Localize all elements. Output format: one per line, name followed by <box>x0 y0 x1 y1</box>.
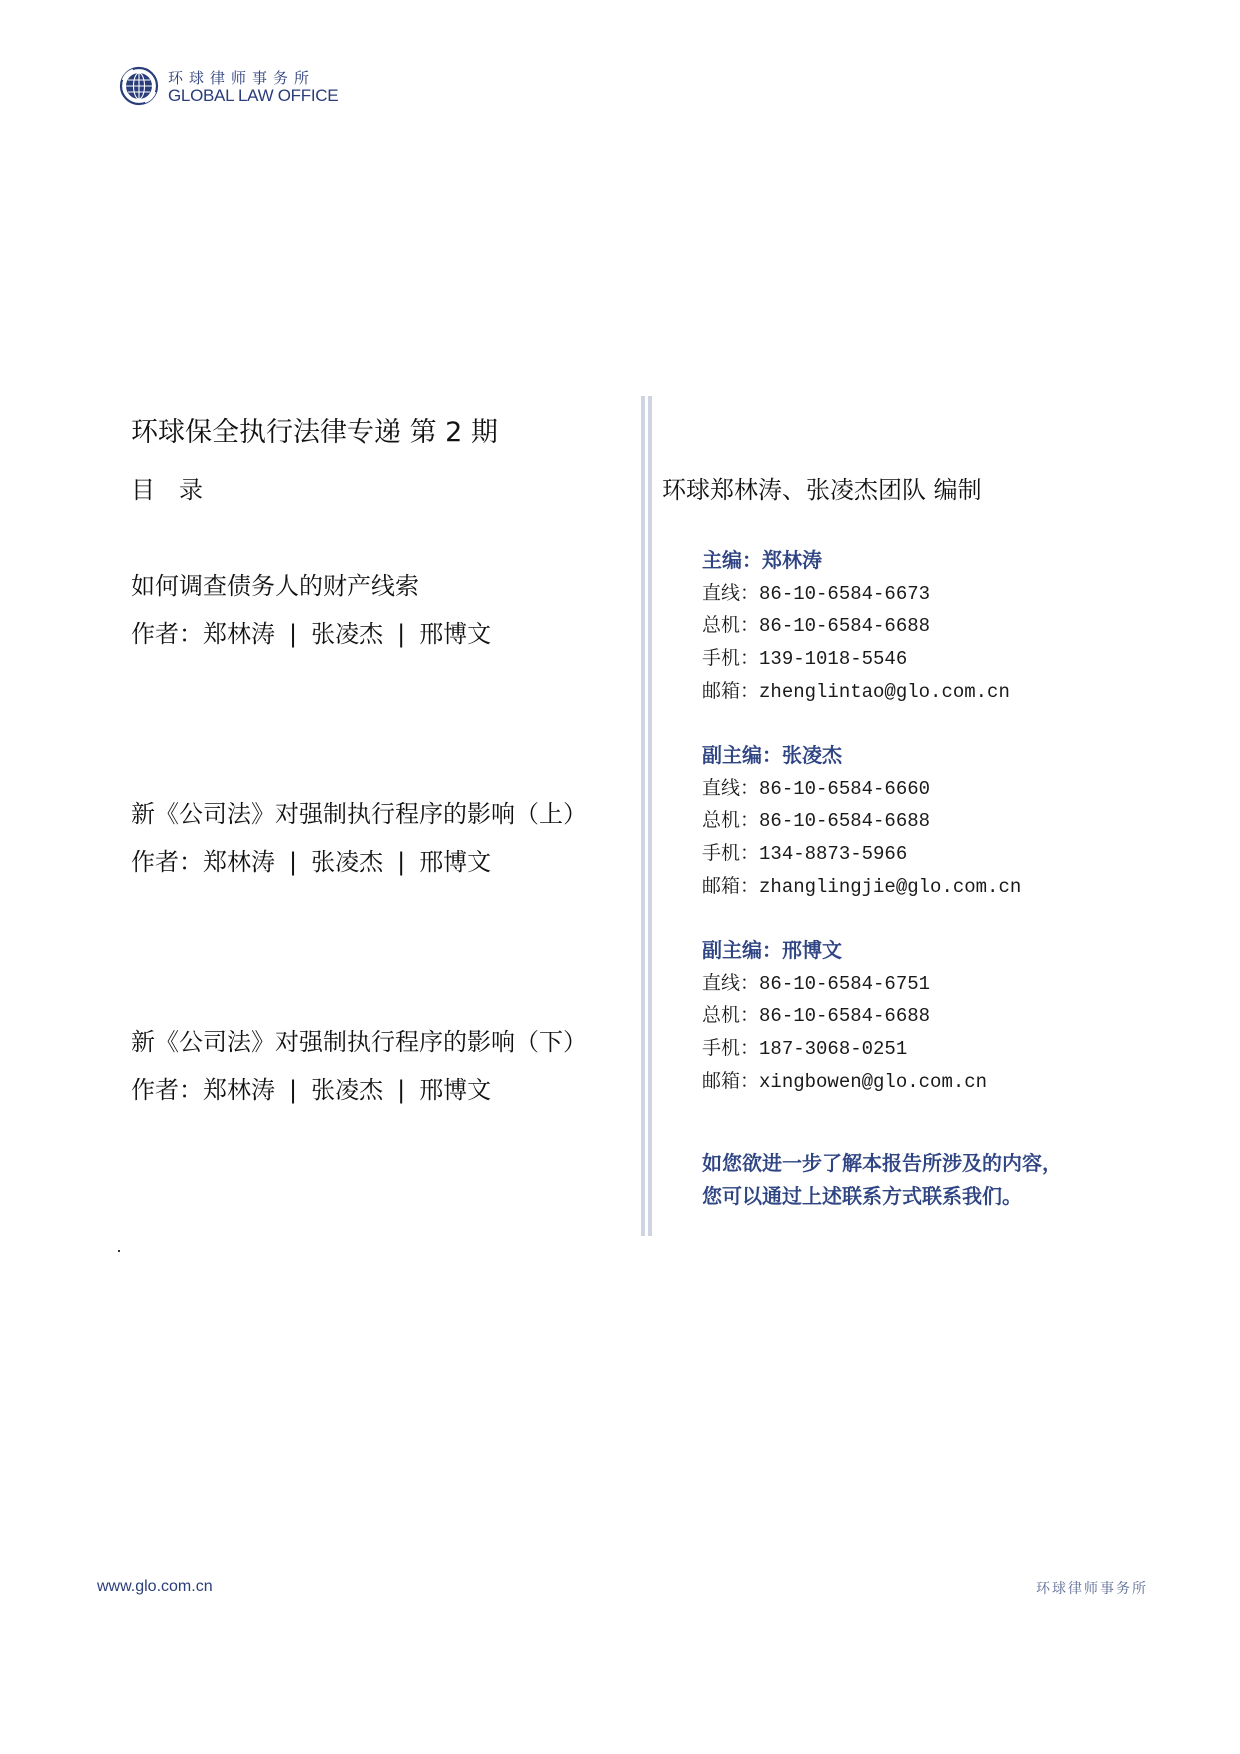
firm-logo: 环球律师事务所 GLOBAL LAW OFFICE <box>119 64 359 110</box>
logo-name-cn: 环球律师事务所 <box>168 67 315 88</box>
contact-switchboard: 总机：86-10-6584-6688 <box>702 1000 930 1027</box>
toc-entry-authors: 作者：郑林涛|张凌杰|邢博文 <box>131 614 491 649</box>
column-divider <box>641 396 653 1236</box>
logo-name-en: GLOBAL LAW OFFICE <box>168 86 338 106</box>
compiled-by-heading: 环球郑林涛、张凌杰团队 编制 <box>662 470 982 505</box>
divider-line <box>641 396 645 1236</box>
contact-direct-line: 直线：86-10-6584-6673 <box>702 578 930 605</box>
contact-direct-line: 直线：86-10-6584-6751 <box>702 968 930 995</box>
footer-website-link[interactable]: www.glo.com.cn <box>97 1578 213 1596</box>
divider-line <box>648 396 652 1236</box>
contact-switchboard: 总机：86-10-6584-6688 <box>702 610 930 637</box>
contact-mobile: 手机：139-1018-5546 <box>702 643 907 670</box>
contact-switchboard: 总机：86-10-6584-6688 <box>702 805 930 832</box>
contact-email: 邮箱：zhanglingjie@glo.com.cn <box>702 871 1021 898</box>
contact-note: 如您欲进一步了解本报告所涉及的内容， 您可以通过上述联系方式联系我们。 <box>702 1147 1062 1213</box>
toc-entry-title[interactable]: 如何调查债务人的财产线索 <box>131 566 419 601</box>
footer-firm-name: 环球律师事务所 <box>1036 1578 1148 1598</box>
globe-icon <box>119 66 159 106</box>
stray-dot <box>118 1250 120 1252</box>
contact-direct-line: 直线：86-10-6584-6660 <box>702 773 930 800</box>
toc-heading: 目录 <box>131 470 203 505</box>
editor-role: 副主编：邢博文 <box>702 934 842 963</box>
toc-entry-authors: 作者：郑林涛|张凌杰|邢博文 <box>131 842 491 877</box>
contact-email: 邮箱：xingbowen@glo.com.cn <box>702 1066 987 1093</box>
toc-entry-title[interactable]: 新《公司法》对强制执行程序的影响（上） <box>131 794 587 829</box>
contact-email: 邮箱：zhenglintao@glo.com.cn <box>702 676 1010 703</box>
email-link[interactable]: zhanglingjie@glo.com.cn <box>759 876 1021 898</box>
email-link[interactable]: zhenglintao@glo.com.cn <box>759 681 1010 703</box>
editor-role: 主编：郑林涛 <box>702 544 822 573</box>
toc-entry-title[interactable]: 新《公司法》对强制执行程序的影响（下） <box>131 1022 587 1057</box>
contact-mobile: 手机：134-8873-5966 <box>702 838 907 865</box>
editor-role: 副主编：张凌杰 <box>702 739 842 768</box>
toc-entry-authors: 作者：郑林涛|张凌杰|邢博文 <box>131 1070 491 1105</box>
contact-mobile: 手机：187-3068-0251 <box>702 1033 907 1060</box>
document-title: 环球保全执行法律专递 第 2 期 <box>131 410 498 449</box>
email-link[interactable]: xingbowen@glo.com.cn <box>759 1071 987 1093</box>
